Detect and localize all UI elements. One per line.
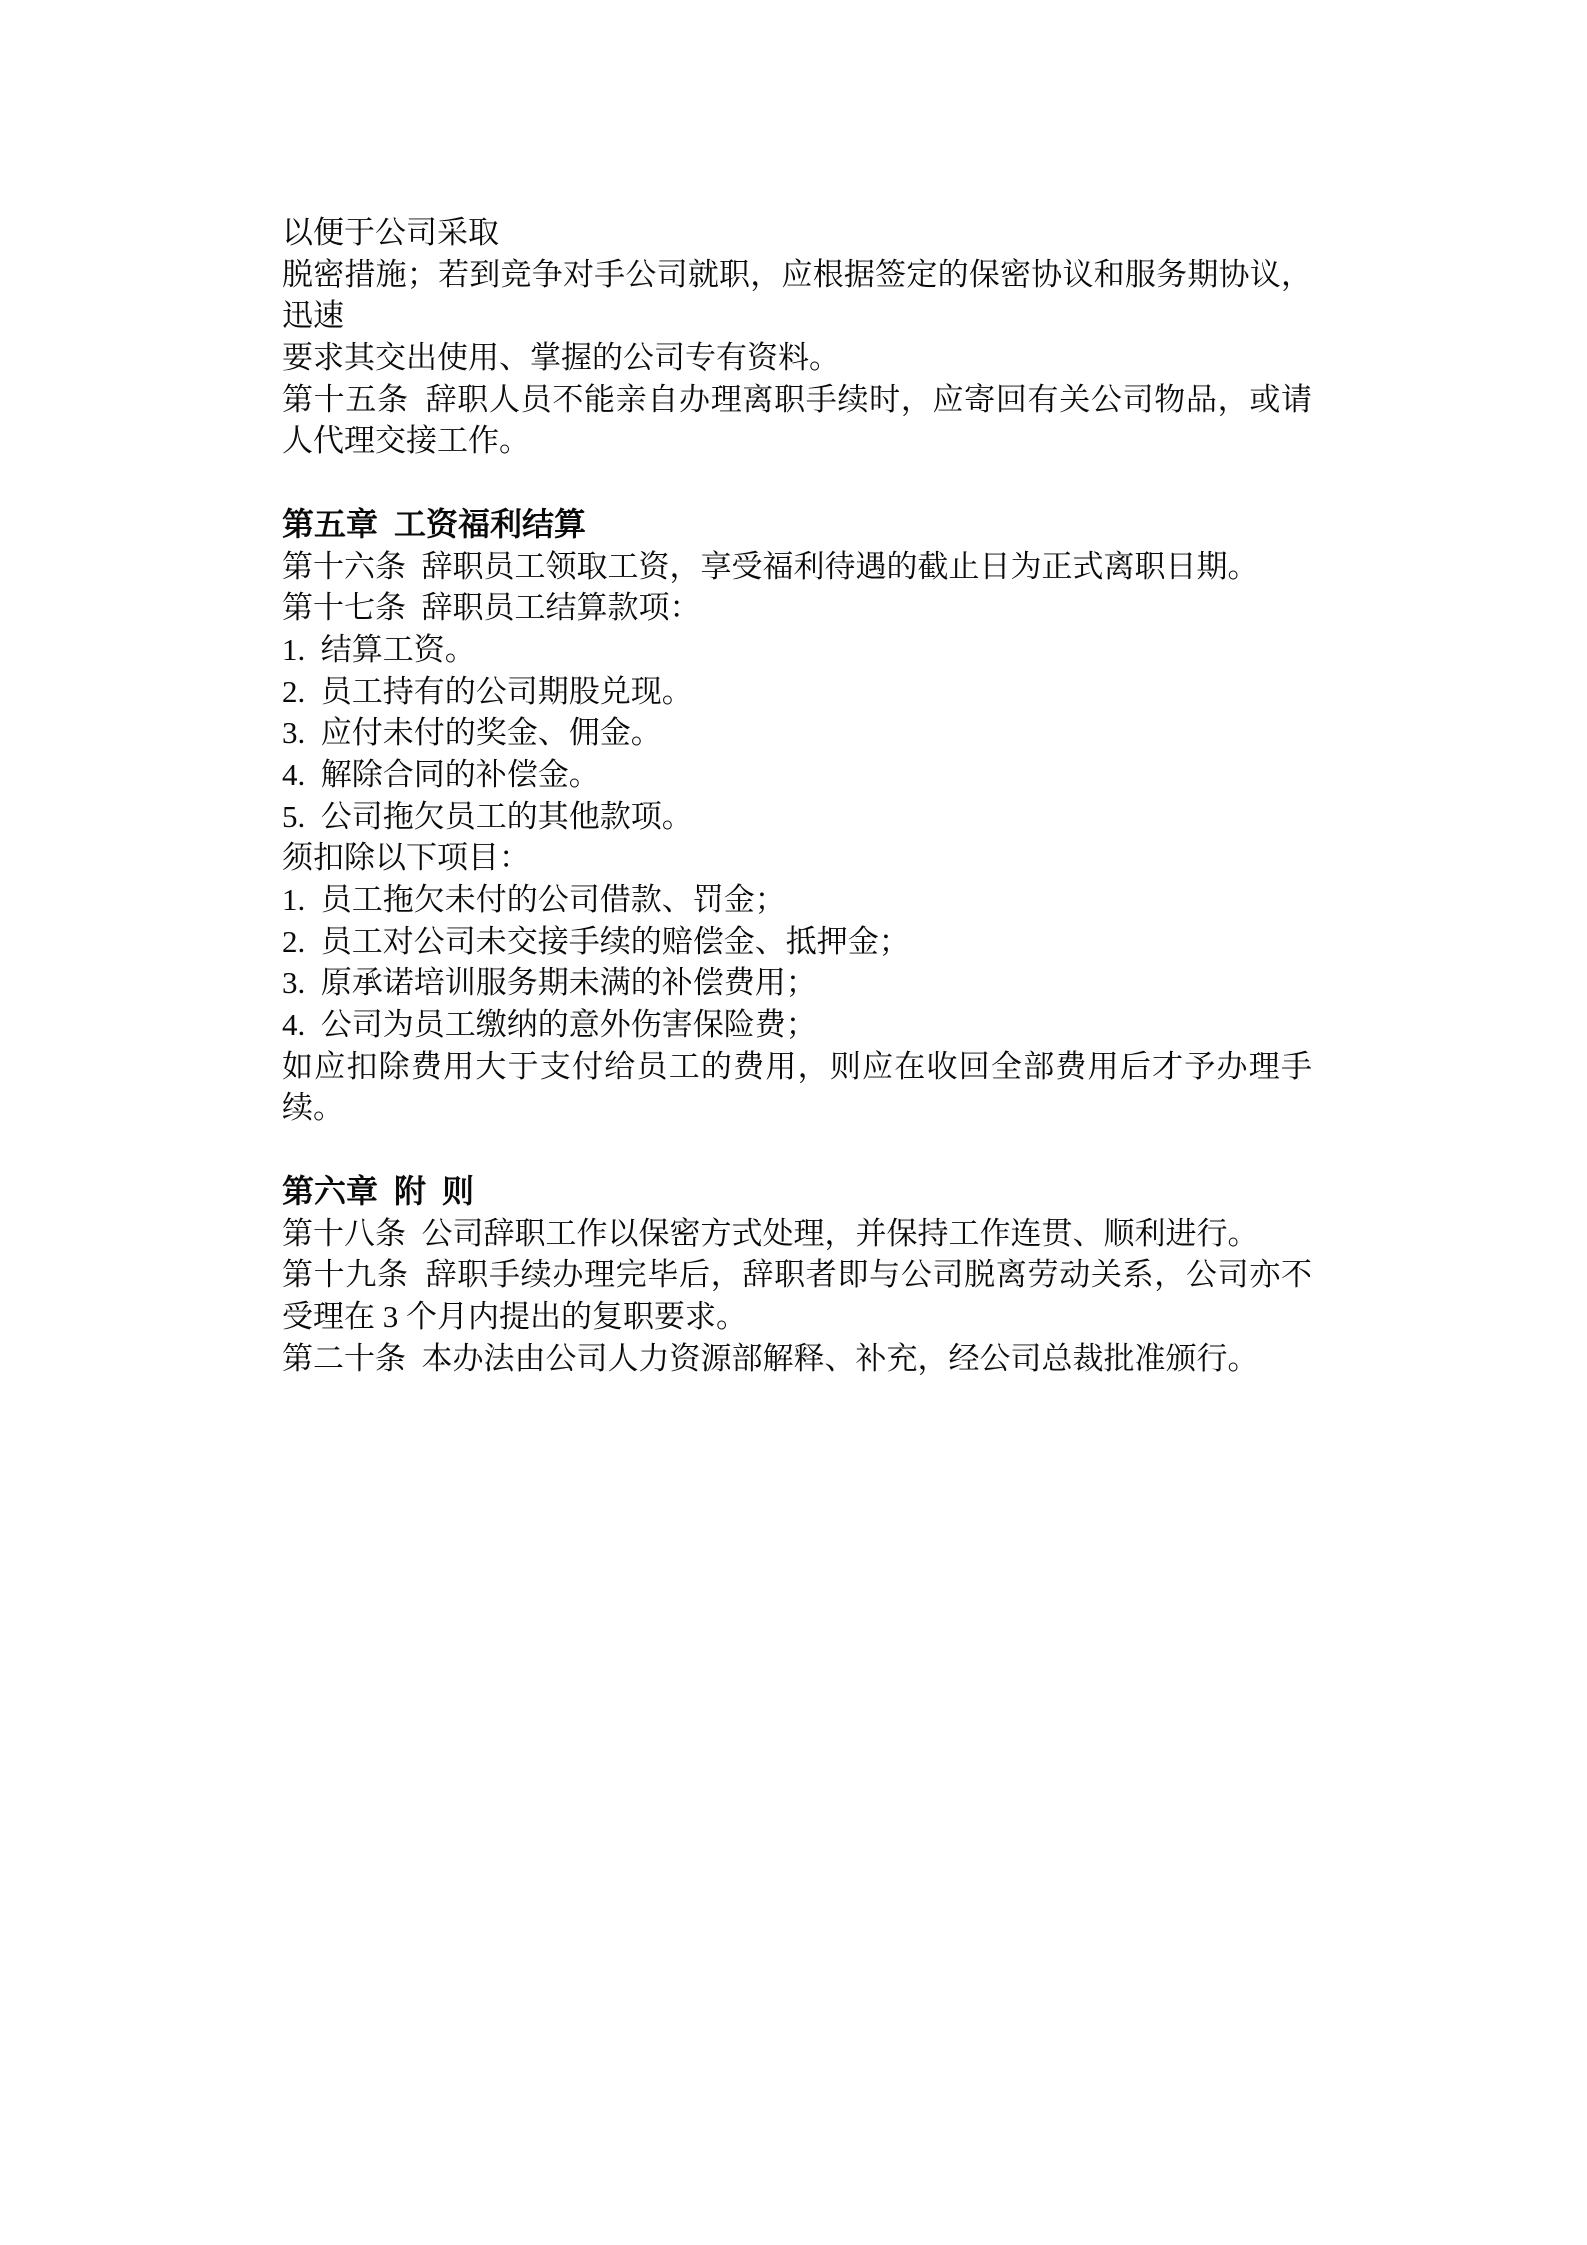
document-line: 第十九条 辞职手续办理完毕后，辞职者即与公司脱离劳动关系，公司亦不 [282, 1254, 1312, 1296]
document-line: 第十八条 公司辞职工作以保密方式处理，并保持工作连贯、顺利进行。 [282, 1213, 1312, 1255]
document-line: 如应扣除费用大于支付给员工的费用，则应在收回全部费用后才予办理手 [282, 1046, 1312, 1088]
document-line: 2. 员工对公司未交接手续的赔偿金、抵押金； [282, 921, 1312, 963]
document-line: 须扣除以下项目： [282, 837, 1312, 879]
document-line: 以便于公司采取 [282, 212, 1312, 254]
document-line: 脱密措施；若到竞争对手公司就职，应根据签定的保密协议和服务期协议， [282, 254, 1312, 296]
document-line: 要求其交出使用、掌握的公司专有资料。 [282, 337, 1312, 379]
section-heading: 第五章 工资福利结算 [282, 504, 1312, 546]
document-line: 第十五条 辞职人员不能亲自办理离职手续时，应寄回有关公司物品，或请 [282, 379, 1312, 421]
document-line: 第十七条 辞职员工结算款项： [282, 587, 1312, 629]
document-line: 人代理交接工作。 [282, 420, 1312, 462]
document-line: 迅速 [282, 295, 1312, 337]
document-line: 1. 员工拖欠未付的公司借款、罚金； [282, 879, 1312, 921]
section-heading: 第六章 附 则 [282, 1171, 1312, 1213]
document-line: 续。 [282, 1087, 1312, 1129]
blank-line [282, 462, 1312, 504]
document-text-block: 以便于公司采取脱密措施；若到竞争对手公司就职，应根据签定的保密协议和服务期协议，… [282, 212, 1312, 1379]
document-line: 受理在 3 个月内提出的复职要求。 [282, 1296, 1312, 1338]
document-line: 5. 公司拖欠员工的其他款项。 [282, 796, 1312, 838]
document-page: 以便于公司采取脱密措施；若到竞争对手公司就职，应根据签定的保密协议和服务期协议，… [0, 0, 1587, 2245]
document-line: 第十六条 辞职员工领取工资，享受福利待遇的截止日为正式离职日期。 [282, 546, 1312, 588]
document-line: 1. 结算工资。 [282, 629, 1312, 671]
document-line: 4. 公司为员工缴纳的意外伤害保险费； [282, 1004, 1312, 1046]
document-line: 3. 应付未付的奖金、佣金。 [282, 712, 1312, 754]
document-line: 2. 员工持有的公司期股兑现。 [282, 671, 1312, 713]
blank-line [282, 1129, 1312, 1171]
document-line: 3. 原承诺培训服务期未满的补偿费用； [282, 962, 1312, 1004]
document-line: 第二十条 本办法由公司人力资源部解释、补充，经公司总裁批准颁行。 [282, 1338, 1312, 1380]
document-line: 4. 解除合同的补偿金。 [282, 754, 1312, 796]
